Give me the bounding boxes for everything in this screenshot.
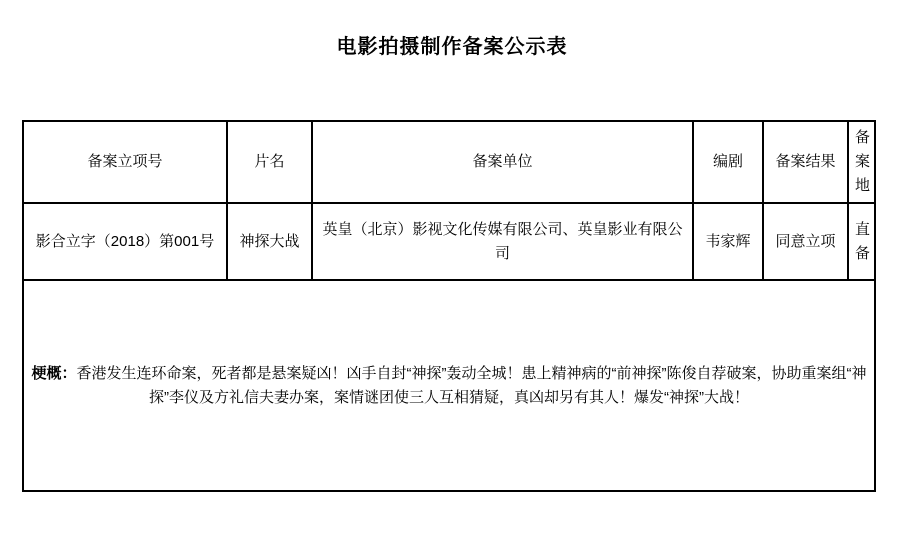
- header-filing-number: 备案立项号: [23, 121, 227, 203]
- cell-filing-place: 直备: [848, 203, 875, 280]
- filing-table: 备案立项号 片名 备案单位 编剧 备案结果 备案地 影合立字（2018）第001…: [22, 120, 876, 492]
- header-film-title: 片名: [227, 121, 312, 203]
- table-row: 影合立字（2018）第001号 神探大战 英皇（北京）影视文化传媒有限公司、英皇…: [23, 203, 875, 280]
- header-filing-place: 备案地: [848, 121, 875, 203]
- cell-filing-number: 影合立字（2018）第001号: [23, 203, 227, 280]
- cell-screenwriter: 韦家辉: [693, 203, 763, 280]
- synopsis-label: 梗概：: [32, 365, 77, 382]
- cell-filing-result: 同意立项: [763, 203, 848, 280]
- document-page: 电影拍摄制作备案公示表 备案立项号 片名 备案单位 编剧 备案结果 备案地 影合…: [0, 0, 904, 536]
- cell-film-title: 神探大战: [227, 203, 312, 280]
- page-title: 电影拍摄制作备案公示表: [0, 30, 904, 59]
- header-filing-unit: 备案单位: [312, 121, 693, 203]
- header-screenwriter: 编剧: [693, 121, 763, 203]
- synopsis-text: 香港发生连环命案，死者都是悬案疑凶！凶手自封“神探”轰动全城！患上精神病的“前神…: [77, 365, 867, 406]
- table-header-row: 备案立项号 片名 备案单位 编剧 备案结果 备案地: [23, 121, 875, 203]
- cell-filing-unit: 英皇（北京）影视文化传媒有限公司、英皇影业有限公司: [312, 203, 693, 280]
- synopsis-cell: 梗概：香港发生连环命案，死者都是悬案疑凶！凶手自封“神探”轰动全城！患上精神病的…: [23, 280, 875, 491]
- synopsis-row: 梗概：香港发生连环命案，死者都是悬案疑凶！凶手自封“神探”轰动全城！患上精神病的…: [23, 280, 875, 491]
- header-filing-result: 备案结果: [763, 121, 848, 203]
